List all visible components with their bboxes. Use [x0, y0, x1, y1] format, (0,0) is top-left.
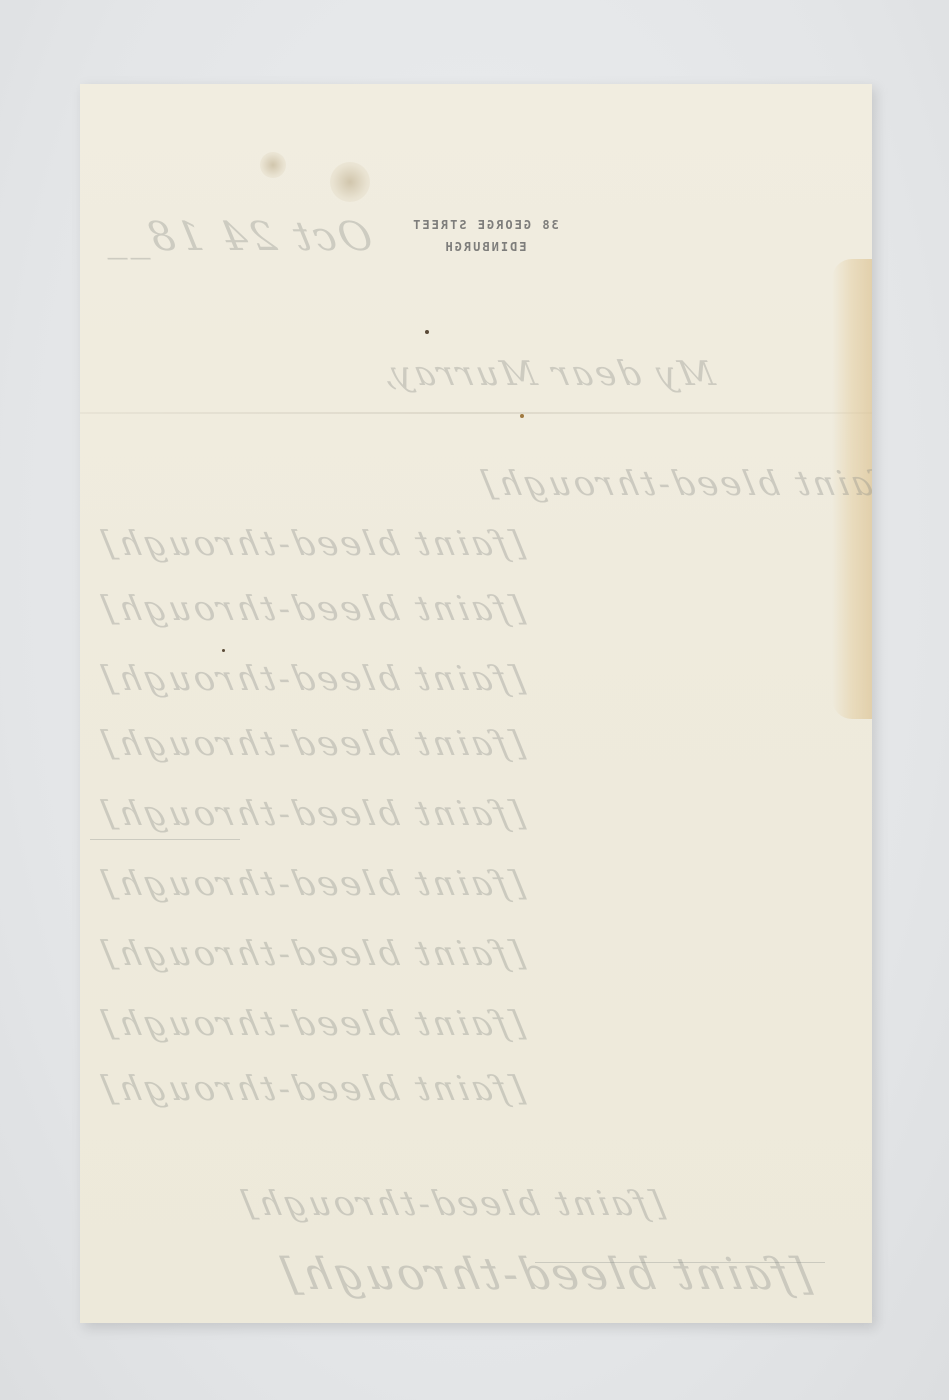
- body-line: [faint bleed-through]: [96, 589, 528, 629]
- body-line: [faint bleed-through]: [96, 1004, 528, 1044]
- body-line: [faint bleed-through]: [96, 724, 528, 764]
- foxing-spot: [260, 152, 286, 178]
- letter-sheet: 38 GEORGE STREET EDINBURGH Oct 24 18__ M…: [80, 84, 872, 1323]
- fold-crease: [80, 412, 872, 414]
- body-line: [faint bleed-through]: [476, 464, 872, 504]
- ink-speck: [520, 414, 524, 418]
- ink-speck: [425, 330, 429, 334]
- letterhead-city: EDINBURGH: [385, 236, 585, 258]
- body-line: [faint bleed-through]: [96, 864, 528, 904]
- body-line: [faint bleed-through]: [96, 934, 528, 974]
- letterhead-address: 38 GEORGE STREET: [385, 214, 585, 236]
- underline-stroke: [90, 839, 240, 840]
- body-line: [faint bleed-through]: [96, 794, 528, 834]
- foxing-spot: [330, 162, 370, 202]
- date-line: Oct 24 18__: [95, 214, 376, 260]
- letterhead-mirrored: 38 GEORGE STREET EDINBURGH: [385, 214, 585, 258]
- signature: [faint bleed-through]: [275, 1249, 816, 1300]
- body-line: [faint bleed-through]: [96, 524, 528, 564]
- closing-line: [faint bleed-through]: [236, 1184, 668, 1224]
- body-line: [faint bleed-through]: [96, 659, 528, 699]
- salutation: My dear Murray,: [376, 354, 719, 394]
- ink-speck: [222, 649, 225, 652]
- body-line: [faint bleed-through]: [96, 1069, 528, 1109]
